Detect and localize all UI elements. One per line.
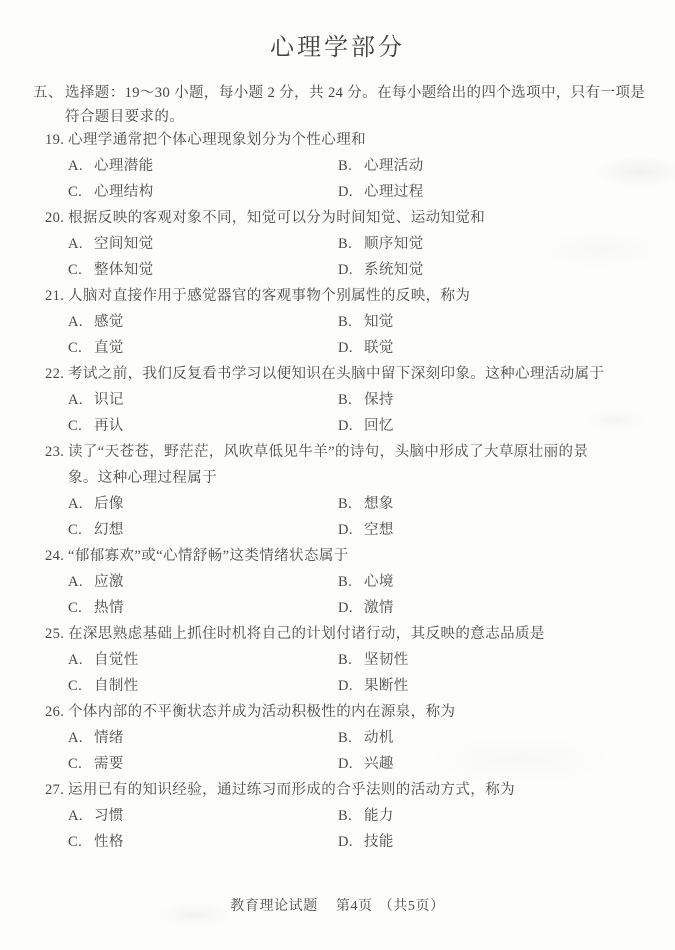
- option-label: D.: [338, 751, 364, 777]
- option-label: A.: [68, 569, 94, 595]
- question-block: 27. 运用已有的知识经验，通过练习而形成的合乎法则的活动方式，称为 A.习惯B…: [45, 777, 610, 855]
- option-text: 识记: [94, 392, 124, 408]
- question-text: 运用已有的知识经验，通过练习而形成的合乎法则的活动方式，称为: [68, 777, 610, 803]
- option: B.能力: [338, 803, 610, 829]
- question-number: 27.: [45, 777, 68, 803]
- option-label: C.: [68, 829, 94, 855]
- option-label: C.: [68, 413, 94, 439]
- option: A.识记: [68, 387, 338, 413]
- question-number: 25.: [45, 621, 68, 647]
- option-label: C.: [68, 179, 94, 205]
- option-text: 知觉: [364, 314, 394, 330]
- page-title: 心理学部分: [0, 33, 675, 63]
- option: B.顺序知觉: [338, 231, 610, 257]
- options-grid: A.后像B.想象C.幻想D.空想: [68, 491, 610, 543]
- question-text: 个体内部的不平衡状态并成为活动积极性的内在源泉，称为: [68, 699, 610, 725]
- option: C.心理结构: [68, 179, 338, 205]
- option-label: A.: [68, 491, 94, 517]
- question-text: 心理学通常把个体心理现象划分为个性心理和: [68, 127, 610, 153]
- options-grid: A.应激B.心境C.热情D.激情: [68, 569, 610, 621]
- option-text: 感觉: [94, 314, 124, 330]
- option: B.想象: [338, 491, 610, 517]
- option-label: A.: [68, 387, 94, 413]
- option: A.感觉: [68, 309, 338, 335]
- option-text: 联觉: [364, 340, 394, 356]
- option: D.兴趣: [338, 751, 610, 777]
- option-label: D.: [338, 673, 364, 699]
- option-text: 性格: [94, 834, 124, 850]
- option: C.需要: [68, 751, 338, 777]
- option-text: 需要: [94, 756, 124, 772]
- option: B.心境: [338, 569, 610, 595]
- footer-pages-total: （共5页）: [379, 899, 445, 914]
- question-block: 25. 在深思熟虑基础上抓住时机将自己的计划付诸行动，其反映的意志品质是 A.自…: [45, 621, 610, 699]
- option-label: B.: [338, 803, 364, 829]
- option: C.幻想: [68, 517, 338, 543]
- option: B.保持: [338, 387, 610, 413]
- question-number: 19.: [45, 127, 68, 153]
- option-text: 激情: [364, 600, 394, 616]
- option-label: B.: [338, 725, 364, 751]
- option-label: C.: [68, 335, 94, 361]
- option-text: 心理活动: [364, 158, 424, 174]
- option: B.心理活动: [338, 153, 610, 179]
- question-line: 25. 在深思熟虑基础上抓住时机将自己的计划付诸行动，其反映的意志品质是: [45, 621, 610, 647]
- option: A.情绪: [68, 725, 338, 751]
- option-text: 心理过程: [364, 184, 424, 200]
- option-label: B.: [338, 647, 364, 673]
- option-label: D.: [338, 335, 364, 361]
- option-text: 动机: [364, 730, 394, 746]
- question-line: 24. “郁郁寡欢”或“心情舒畅”这类情绪状态属于: [45, 543, 610, 569]
- option-text: 能力: [364, 808, 394, 824]
- question-line: 20. 根据反映的客观对象不同，知觉可以分为时间知觉、运动知觉和: [45, 205, 610, 231]
- option-text: 心理结构: [94, 184, 154, 200]
- option-label: C.: [68, 673, 94, 699]
- options-grid: A.感觉B.知觉C.直觉D.联觉: [68, 309, 610, 361]
- question-text: 在深思熟虑基础上抓住时机将自己的计划付诸行动，其反映的意志品质是: [68, 621, 610, 647]
- option-label: D.: [338, 413, 364, 439]
- question-number: 22.: [45, 361, 68, 387]
- question-block: 26. 个体内部的不平衡状态并成为活动积极性的内在源泉，称为 A.情绪B.动机C…: [45, 699, 610, 777]
- question-number: 21.: [45, 283, 68, 309]
- question-block: 20. 根据反映的客观对象不同，知觉可以分为时间知觉、运动知觉和 A.空间知觉B…: [45, 205, 610, 283]
- question-number: 23.: [45, 439, 68, 491]
- option-label: D.: [338, 517, 364, 543]
- option: C.热情: [68, 595, 338, 621]
- option-text: 再认: [94, 418, 124, 434]
- question-block: 19. 心理学通常把个体心理现象划分为个性心理和 A.心理潜能B.心理活动C.心…: [45, 127, 610, 205]
- question-block: 21. 人脑对直接作用于感觉器官的客观事物个别属性的反映，称为 A.感觉B.知觉…: [45, 283, 610, 361]
- option-text: 习惯: [94, 808, 124, 824]
- question-text: 读了“天苍苍，野茫茫，风吹草低见牛羊”的诗句，头脑中形成了大草原壮丽的景象。这种…: [68, 439, 610, 491]
- option-label: D.: [338, 595, 364, 621]
- option-text: 整体知觉: [94, 262, 154, 278]
- question-text: 根据反映的客观对象不同，知觉可以分为时间知觉、运动知觉和: [68, 205, 610, 231]
- section-intro: 五、 选择题：19～30 小题，每小题 2 分，共 24 分。在每小题给出的四个…: [33, 82, 647, 129]
- option-label: C.: [68, 517, 94, 543]
- option: D.系统知觉: [338, 257, 610, 283]
- option-text: 后像: [94, 496, 124, 512]
- option: A.空间知觉: [68, 231, 338, 257]
- option-text: 幻想: [94, 522, 124, 538]
- option-text: 直觉: [94, 340, 124, 356]
- option-text: 想象: [364, 496, 394, 512]
- options-grid: A.情绪B.动机C.需要D.兴趣: [68, 725, 610, 777]
- question-number: 26.: [45, 699, 68, 725]
- options-grid: A.识记B.保持C.再认D.回忆: [68, 387, 610, 439]
- option-label: B.: [338, 491, 364, 517]
- question-list: 19. 心理学通常把个体心理现象划分为个性心理和 A.心理潜能B.心理活动C.心…: [45, 127, 610, 855]
- option-text: 顺序知觉: [364, 236, 424, 252]
- option-label: A.: [68, 725, 94, 751]
- option-label: A.: [68, 803, 94, 829]
- option-text: 系统知觉: [364, 262, 424, 278]
- option-text: 热情: [94, 600, 124, 616]
- option-text: 坚韧性: [364, 652, 409, 668]
- options-grid: A.心理潜能B.心理活动C.心理结构D.心理过程: [68, 153, 610, 205]
- question-block: 23. 读了“天苍苍，野茫茫，风吹草低见牛羊”的诗句，头脑中形成了大草原壮丽的景…: [45, 439, 610, 543]
- option-label: B.: [338, 569, 364, 595]
- option-text: 保持: [364, 392, 394, 408]
- option-label: B.: [338, 387, 364, 413]
- option-label: D.: [338, 257, 364, 283]
- section-number: 五、: [33, 82, 65, 129]
- exam-page: 心理学部分 五、 选择题：19～30 小题，每小题 2 分，共 24 分。在每小…: [0, 0, 675, 950]
- option-label: A.: [68, 153, 94, 179]
- option: D.回忆: [338, 413, 610, 439]
- option: D.空想: [338, 517, 610, 543]
- section-instructions: 选择题：19～30 小题，每小题 2 分，共 24 分。在每小题给出的四个选项中…: [65, 82, 647, 129]
- question-number: 20.: [45, 205, 68, 231]
- option: D.联觉: [338, 335, 610, 361]
- option: B.坚韧性: [338, 647, 610, 673]
- option-label: B.: [338, 309, 364, 335]
- option-text: 兴趣: [364, 756, 394, 772]
- option-label: C.: [68, 751, 94, 777]
- option: C.整体知觉: [68, 257, 338, 283]
- option: D.心理过程: [338, 179, 610, 205]
- option-text: 心理潜能: [94, 158, 154, 174]
- option-text: 心境: [364, 574, 394, 590]
- question-text: 考试之前，我们反复看书学习以便知识在头脑中留下深刻印象。这种心理活动属于: [68, 361, 610, 387]
- option: C.自制性: [68, 673, 338, 699]
- option-text: 果断性: [364, 678, 409, 694]
- option-text: 回忆: [364, 418, 394, 434]
- option: C.直觉: [68, 335, 338, 361]
- footer-page-number: 第4页: [336, 899, 373, 914]
- option: B.知觉: [338, 309, 610, 335]
- option: A.后像: [68, 491, 338, 517]
- option-text: 自觉性: [94, 652, 139, 668]
- option-text: 空间知觉: [94, 236, 154, 252]
- options-grid: A.习惯B.能力C.性格D.技能: [68, 803, 610, 855]
- option-label: A.: [68, 309, 94, 335]
- option-text: 自制性: [94, 678, 139, 694]
- option-label: D.: [338, 829, 364, 855]
- question-block: 24. “郁郁寡欢”或“心情舒畅”这类情绪状态属于 A.应激B.心境C.热情D.…: [45, 543, 610, 621]
- option: A.应激: [68, 569, 338, 595]
- footer-doc-title: 教育理论试题: [230, 899, 318, 914]
- option-text: 空想: [364, 522, 394, 538]
- option: A.习惯: [68, 803, 338, 829]
- options-grid: A.空间知觉B.顺序知觉C.整体知觉D.系统知觉: [68, 231, 610, 283]
- option: D.激情: [338, 595, 610, 621]
- question-line: 19. 心理学通常把个体心理现象划分为个性心理和: [45, 127, 610, 153]
- option-label: B.: [338, 231, 364, 257]
- question-line: 23. 读了“天苍苍，野茫茫，风吹草低见牛羊”的诗句，头脑中形成了大草原壮丽的景…: [45, 439, 610, 491]
- option-text: 技能: [364, 834, 394, 850]
- option: B.动机: [338, 725, 610, 751]
- options-grid: A.自觉性B.坚韧性C.自制性D.果断性: [68, 647, 610, 699]
- question-line: 27. 运用已有的知识经验，通过练习而形成的合乎法则的活动方式，称为: [45, 777, 610, 803]
- question-text: “郁郁寡欢”或“心情舒畅”这类情绪状态属于: [68, 543, 610, 569]
- option-label: A.: [68, 231, 94, 257]
- option: C.再认: [68, 413, 338, 439]
- question-block: 22. 考试之前，我们反复看书学习以便知识在头脑中留下深刻印象。这种心理活动属于…: [45, 361, 610, 439]
- option: A.自觉性: [68, 647, 338, 673]
- option-label: C.: [68, 257, 94, 283]
- option: D.技能: [338, 829, 610, 855]
- option-label: C.: [68, 595, 94, 621]
- option: A.心理潜能: [68, 153, 338, 179]
- question-text: 人脑对直接作用于感觉器官的客观事物个别属性的反映，称为: [68, 283, 610, 309]
- option-text: 应激: [94, 574, 124, 590]
- option-text: 情绪: [94, 730, 124, 746]
- question-line: 22. 考试之前，我们反复看书学习以便知识在头脑中留下深刻印象。这种心理活动属于: [45, 361, 610, 387]
- option: C.性格: [68, 829, 338, 855]
- option-label: B.: [338, 153, 364, 179]
- page-footer: 教育理论试题第4页（共5页）: [0, 896, 675, 918]
- question-number: 24.: [45, 543, 68, 569]
- option: D.果断性: [338, 673, 610, 699]
- question-line: 26. 个体内部的不平衡状态并成为活动积极性的内在源泉，称为: [45, 699, 610, 725]
- question-line: 21. 人脑对直接作用于感觉器官的客观事物个别属性的反映，称为: [45, 283, 610, 309]
- option-label: A.: [68, 647, 94, 673]
- option-label: D.: [338, 179, 364, 205]
